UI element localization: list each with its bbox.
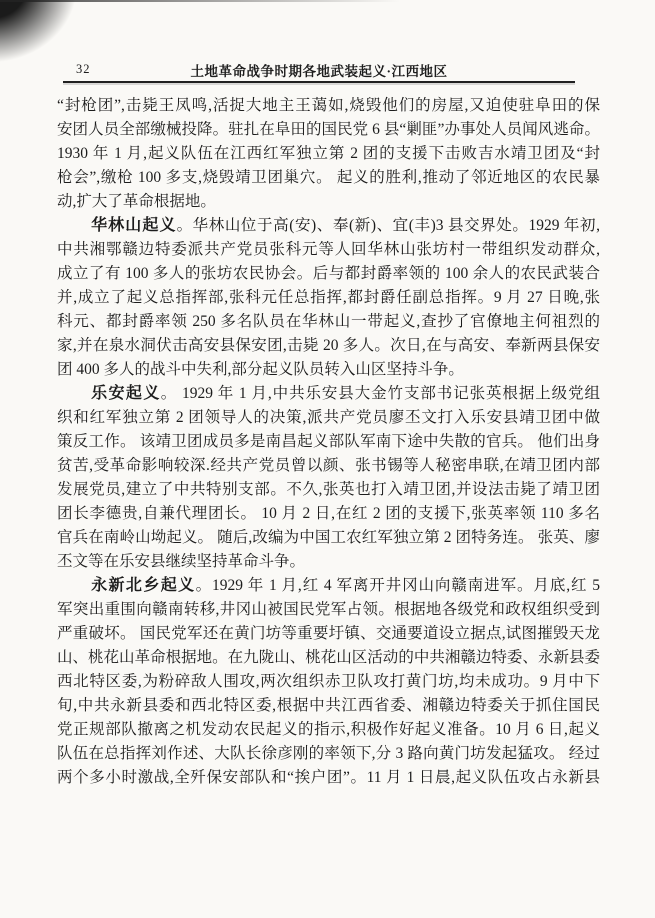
running-title: 土地革命战争时期各地武装起义·江西地区: [63, 60, 575, 80]
paragraph: 永新北乡起义。1929 年 1 月,红 4 军离开井冈山向赣南进军。月底,红 5…: [57, 574, 600, 790]
text-line: 策反工作。 该靖卫团成员多是南昌起义部队军南下途中失散的官兵。 他们出身: [57, 430, 600, 454]
text-line: 贫苦,受革命影响较深.经共产党员曾以颜、张书锡等人秘密串联,在靖卫团内部: [57, 454, 600, 478]
text-line: 科元、都封爵率领 250 多名队员在华林山一带起义,查抄了官僚地主何祖烈的: [57, 310, 600, 334]
paragraph: “封枪团”,击毙王凤鸣,活捉大地主王蔼如,烧毁他们的房屋,又迫使驻阜田的保安团人…: [57, 94, 600, 214]
text-line: “封枪团”,击毙王凤鸣,活捉大地主王蔼如,烧毁他们的房屋,又迫使驻阜田的保: [57, 94, 600, 118]
section-first-line: 永新北乡起义。1929 年 1 月,红 4 军离开井冈山向赣南进军。月底,红 5: [57, 574, 600, 598]
section-heading: 永新北乡起义: [91, 577, 195, 594]
text-line: 团长李德贵,自兼代理团长。 10 月 2 日,在红 2 团的支援下,张英率领 1…: [57, 502, 600, 526]
text-line: 安团人员全部缴械投降。驻扎在阜田的国民党 6 县“剿匪”办事处人员闻风逃命。: [57, 118, 600, 142]
section-heading: 华林山起义: [91, 217, 176, 234]
text-line: 家,并在泉水洞伏击高安县保安团,击毙 20 多人。次日,在与高安、奉新两县保安: [57, 334, 600, 358]
text-line: 中共湘鄂赣边特委派共产党员张科元等人回华林山张坊村一带组织发动群众,: [57, 238, 600, 262]
section-first-line: 乐安起义。 1929 年 1 月,中共乐安县大金竹支部书记张英根据上级党组: [57, 382, 600, 406]
text-line: 党正规部队撤离之机发动农民起义的指示,积极作好起义准备。10 月 6 日,起义: [57, 718, 600, 742]
text-line: 1930 年 1 月,起义队伍在江西红军独立第 2 团的支援下击败吉水靖卫团及“…: [57, 142, 600, 166]
text-line: 西北特区委,为粉碎敌人围攻,两次组织赤卫队攻打黄门坊,均未成功。9 月中下: [57, 670, 600, 694]
text-line: 成立了有 100 多人的张坊农民协会。后与都封爵率领的 100 余人的农民武装合: [57, 262, 600, 286]
text-line: 发展党员,建立了中共特别支部。不久,张英也打入靖卫团,并设法击毙了靖卫团: [57, 478, 600, 502]
text-line: 旬,中共永新县委和西北特区委,根据中共江西省委、湘赣边特委关于抓住国民: [57, 694, 600, 718]
text-line: 两个多小时激战,全歼保安部队和“挨户团”。11 月 1 日晨,起义队伍攻占永新县: [57, 766, 600, 790]
text-line: 军突出重围向赣南转移,井冈山被国民党军占领。根据地各级党和政权组织受到: [57, 598, 600, 622]
text-line: 队伍在总指挥刘作述、大队长徐彦刚的率领下,分 3 路向黄门坊发起猛攻。 经过: [57, 742, 600, 766]
paragraph: 华林山起义。华林山位于高(安)、奉(新)、宜(丰)3 县交界处。1929 年初,…: [57, 214, 600, 382]
section-first-line: 华林山起义。华林山位于高(安)、奉(新)、宜(丰)3 县交界处。1929 年初,: [57, 214, 600, 238]
text-line: 团 400 多人的战斗中失利,部分起义队员转入山区坚持斗争。: [57, 358, 600, 382]
text-line: 织和红军独立第 2 团领导人的决策,派共产党员廖丕文打入乐安县靖卫团中做: [57, 406, 600, 430]
text-line: 山、桃花山革命根据地。在九陇山、桃花山区活动的中共湘赣边特委、永新县委和: [57, 646, 600, 670]
text-line: 官兵在南岭山坳起义。 随后,改编为中国工农红军独立第 2 团特务连。 张英、廖: [57, 526, 600, 550]
page-header: 32 土地革命战争时期各地武装起义·江西地区: [63, 59, 575, 81]
text-line: 动,扩大了革命根据地。: [57, 190, 600, 214]
paragraph: 乐安起义。 1929 年 1 月,中共乐安县大金竹支部书记张英根据上级党组织和红…: [57, 382, 600, 574]
text-line: 并,成立了起义总指挥部,张科元任总指挥,都封爵任副总指挥。9 月 27 日晚,张: [57, 286, 600, 310]
header-rule: [63, 81, 575, 83]
text-line: 严重破坏。 国民党军还在黄门坊等重要圩镇、交通要道设立据点,试图摧毁天龙: [57, 622, 600, 646]
scan-top-edge-line: [0, 0, 400, 2]
section-heading: 乐安起义: [91, 385, 161, 402]
book-page: 32 土地革命战争时期各地武装起义·江西地区 “封枪团”,击毙王凤鸣,活捉大地主…: [0, 0, 655, 918]
page-body-text: “封枪团”,击毙王凤鸣,活捉大地主王蔼如,烧毁他们的房屋,又迫使驻阜田的保安团人…: [57, 94, 600, 790]
text-line: 枪会”,缴枪 100 多支,烧毁靖卫团巢穴。 起义的胜利,推动了邻近地区的农民暴: [57, 166, 600, 190]
text-line: 丕文等在乐安县继续坚持革命斗争。: [57, 550, 600, 574]
